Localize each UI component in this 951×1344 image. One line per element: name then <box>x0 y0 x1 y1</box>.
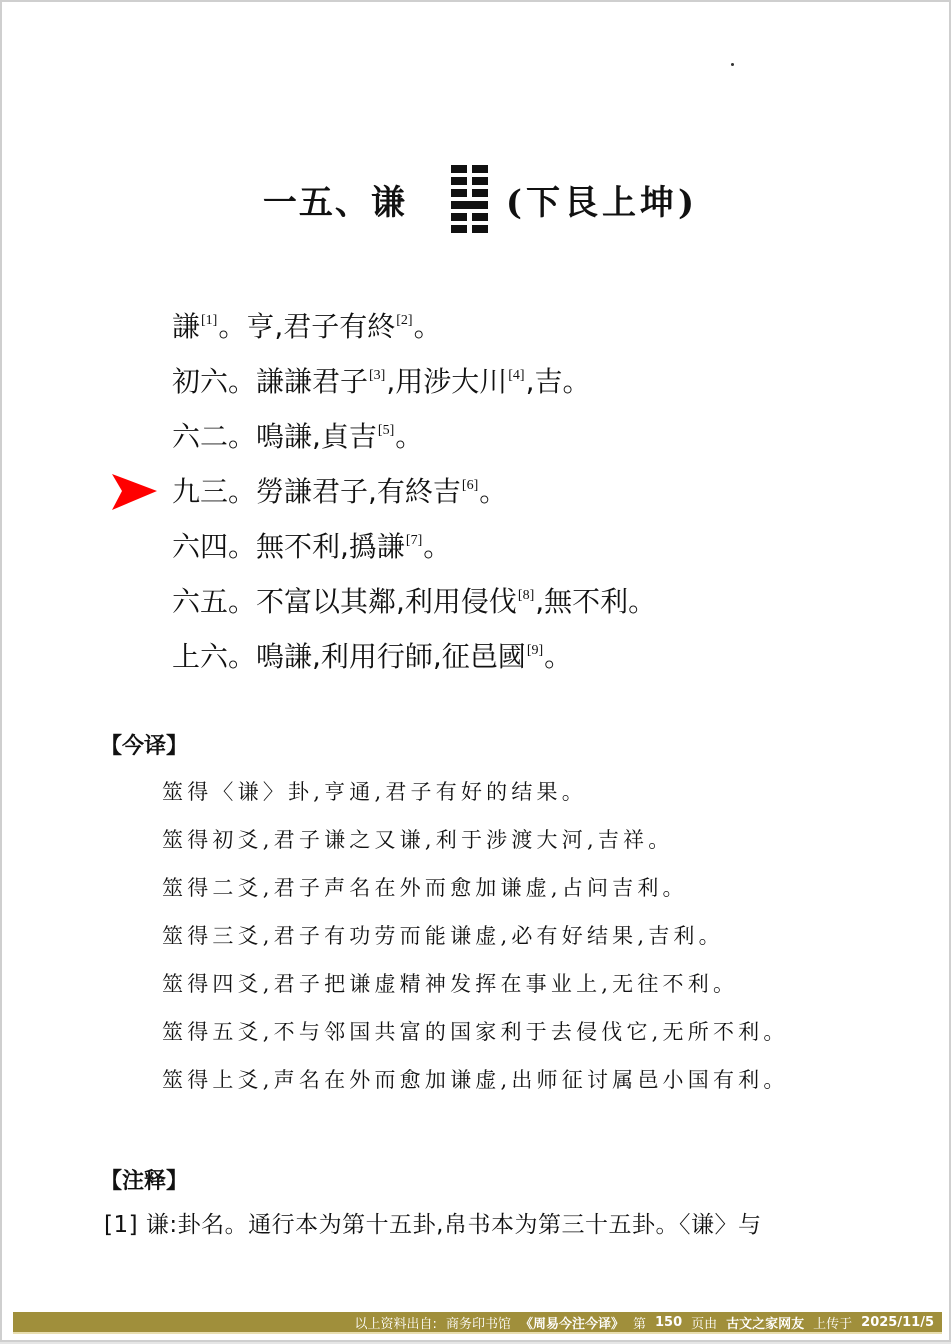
hexagram-line-yin <box>451 213 488 221</box>
text-run: 。 <box>423 530 451 563</box>
footer-uploader: 古文之家网友 <box>726 1313 804 1332</box>
footer-uploaded-label: 上传于 <box>813 1313 852 1332</box>
classic-line: 九三。勞謙君子,有終吉[6]。 <box>172 463 656 518</box>
chapter-title: 一五、谦 (下艮上坤) <box>2 154 949 244</box>
footnote-ref[interactable]: [8] <box>518 588 534 603</box>
translation-line: 筮得〈谦〉卦,亨通,君子有好的结果。 <box>162 774 789 822</box>
text-run: 初六。謙謙君子 <box>172 365 368 398</box>
footer-book: 《周易今注今译》 <box>520 1313 624 1332</box>
text-run: 上六。鳴謙,利用行師,征邑國 <box>172 640 526 673</box>
classic-line: 六四。無不利,撝謙[7]。 <box>172 518 656 573</box>
translation-line: 筮得二爻,君子声名在外而愈加谦虚,占问吉利。 <box>162 870 789 918</box>
footnote-ref[interactable]: [2] <box>396 313 412 328</box>
hexagram-line-yang <box>451 201 488 209</box>
text-run: 六五。不富以其鄰,利用侵伐 <box>172 585 517 618</box>
hexagram-line-yin <box>451 177 488 185</box>
title-main: 一五、谦 <box>263 175 407 224</box>
text-run: 。 <box>544 640 572 673</box>
text-run: 。 <box>479 475 507 508</box>
classic-line: 六二。鳴謙,貞吉[5]。 <box>172 408 656 463</box>
document-page: 一五、谦 (下艮上坤) 謙[1]。亨,君子有終[2]。初六。謙謙君子[3],用涉… <box>0 0 951 1342</box>
notes-heading: 【注释】 <box>100 1164 188 1195</box>
hexagram-line-yin <box>451 225 488 233</box>
text-run: 六四。無不利,撝謙 <box>172 530 405 563</box>
footnote-ref[interactable]: [1] <box>201 313 217 328</box>
footnote-ref[interactable]: [7] <box>406 533 422 548</box>
text-run: ,用涉大川 <box>386 365 507 398</box>
translation-heading: 【今译】 <box>100 729 188 760</box>
note-1: [1] 谦:卦名。通行本为第十五卦,帛书本为第三十五卦。〈谦〉与 <box>104 1206 761 1239</box>
footer-source-label: 以上资料出自: <box>355 1313 437 1332</box>
red-arrow-icon <box>110 473 158 511</box>
translation-line: 筮得四爻,君子把谦虚精神发挥在事业上,无往不利。 <box>162 966 789 1014</box>
scan-speck <box>731 63 734 66</box>
text-run: 六二。鳴謙,貞吉 <box>172 420 377 453</box>
footnote-ref[interactable]: [3] <box>369 368 385 383</box>
text-run: 。 <box>414 310 442 343</box>
text-run: ,無不利。 <box>535 585 656 618</box>
hexagram-line-yin <box>451 165 488 173</box>
source-footer: 以上资料出自: 商务印书馆 《周易今注今译》 第 150 页由 古文之家网友 上… <box>13 1312 942 1334</box>
text-run: ,吉。 <box>526 365 591 398</box>
translation-line: 筮得初爻,君子谦之又谦,利于涉渡大河,吉祥。 <box>162 822 789 870</box>
classic-line: 六五。不富以其鄰,利用侵伐[8],無不利。 <box>172 573 656 628</box>
translation-text: 筮得〈谦〉卦,亨通,君子有好的结果。筮得初爻,君子谦之又谦,利于涉渡大河,吉祥。… <box>162 774 789 1110</box>
text-run: 。 <box>395 420 423 453</box>
translation-line: 筮得五爻,不与邻国共富的国家利于去侵伐它,无所不利。 <box>162 1014 789 1062</box>
footnote-ref[interactable]: [9] <box>527 643 543 658</box>
hexagram-qian-icon <box>451 165 488 233</box>
translation-line: 筮得三爻,君子有功劳而能谦虚,必有好结果,吉利。 <box>162 918 789 966</box>
footer-page-suffix: 页由 <box>691 1313 717 1332</box>
translation-line: 筮得上爻,声名在外而愈加谦虚,出师征讨属邑小国有利。 <box>162 1062 789 1110</box>
footnote-ref[interactable]: [4] <box>508 368 524 383</box>
classic-line: 初六。謙謙君子[3],用涉大川[4],吉。 <box>172 353 656 408</box>
footer-publisher: 商务印书馆 <box>446 1313 511 1332</box>
text-run: 九三。勞謙君子,有終吉 <box>172 475 461 508</box>
footnote-ref[interactable]: [6] <box>462 478 478 493</box>
classic-line: 謙[1]。亨,君子有終[2]。 <box>172 298 656 353</box>
title-trigrams: (下艮上坤) <box>506 175 698 224</box>
footer-page-number: 150 <box>655 1315 682 1330</box>
footer-date: 2025/11/5 <box>861 1315 934 1330</box>
text-run: 。亨,君子有終 <box>218 310 395 343</box>
hexagram-line-yin <box>451 189 488 197</box>
classic-text: 謙[1]。亨,君子有終[2]。初六。謙謙君子[3],用涉大川[4],吉。六二。鳴… <box>172 298 656 683</box>
classic-line: 上六。鳴謙,利用行師,征邑國[9]。 <box>172 628 656 683</box>
text-run: 謙 <box>172 310 200 343</box>
footer-page-prefix: 第 <box>633 1313 646 1332</box>
footnote-ref[interactable]: [5] <box>378 423 394 438</box>
